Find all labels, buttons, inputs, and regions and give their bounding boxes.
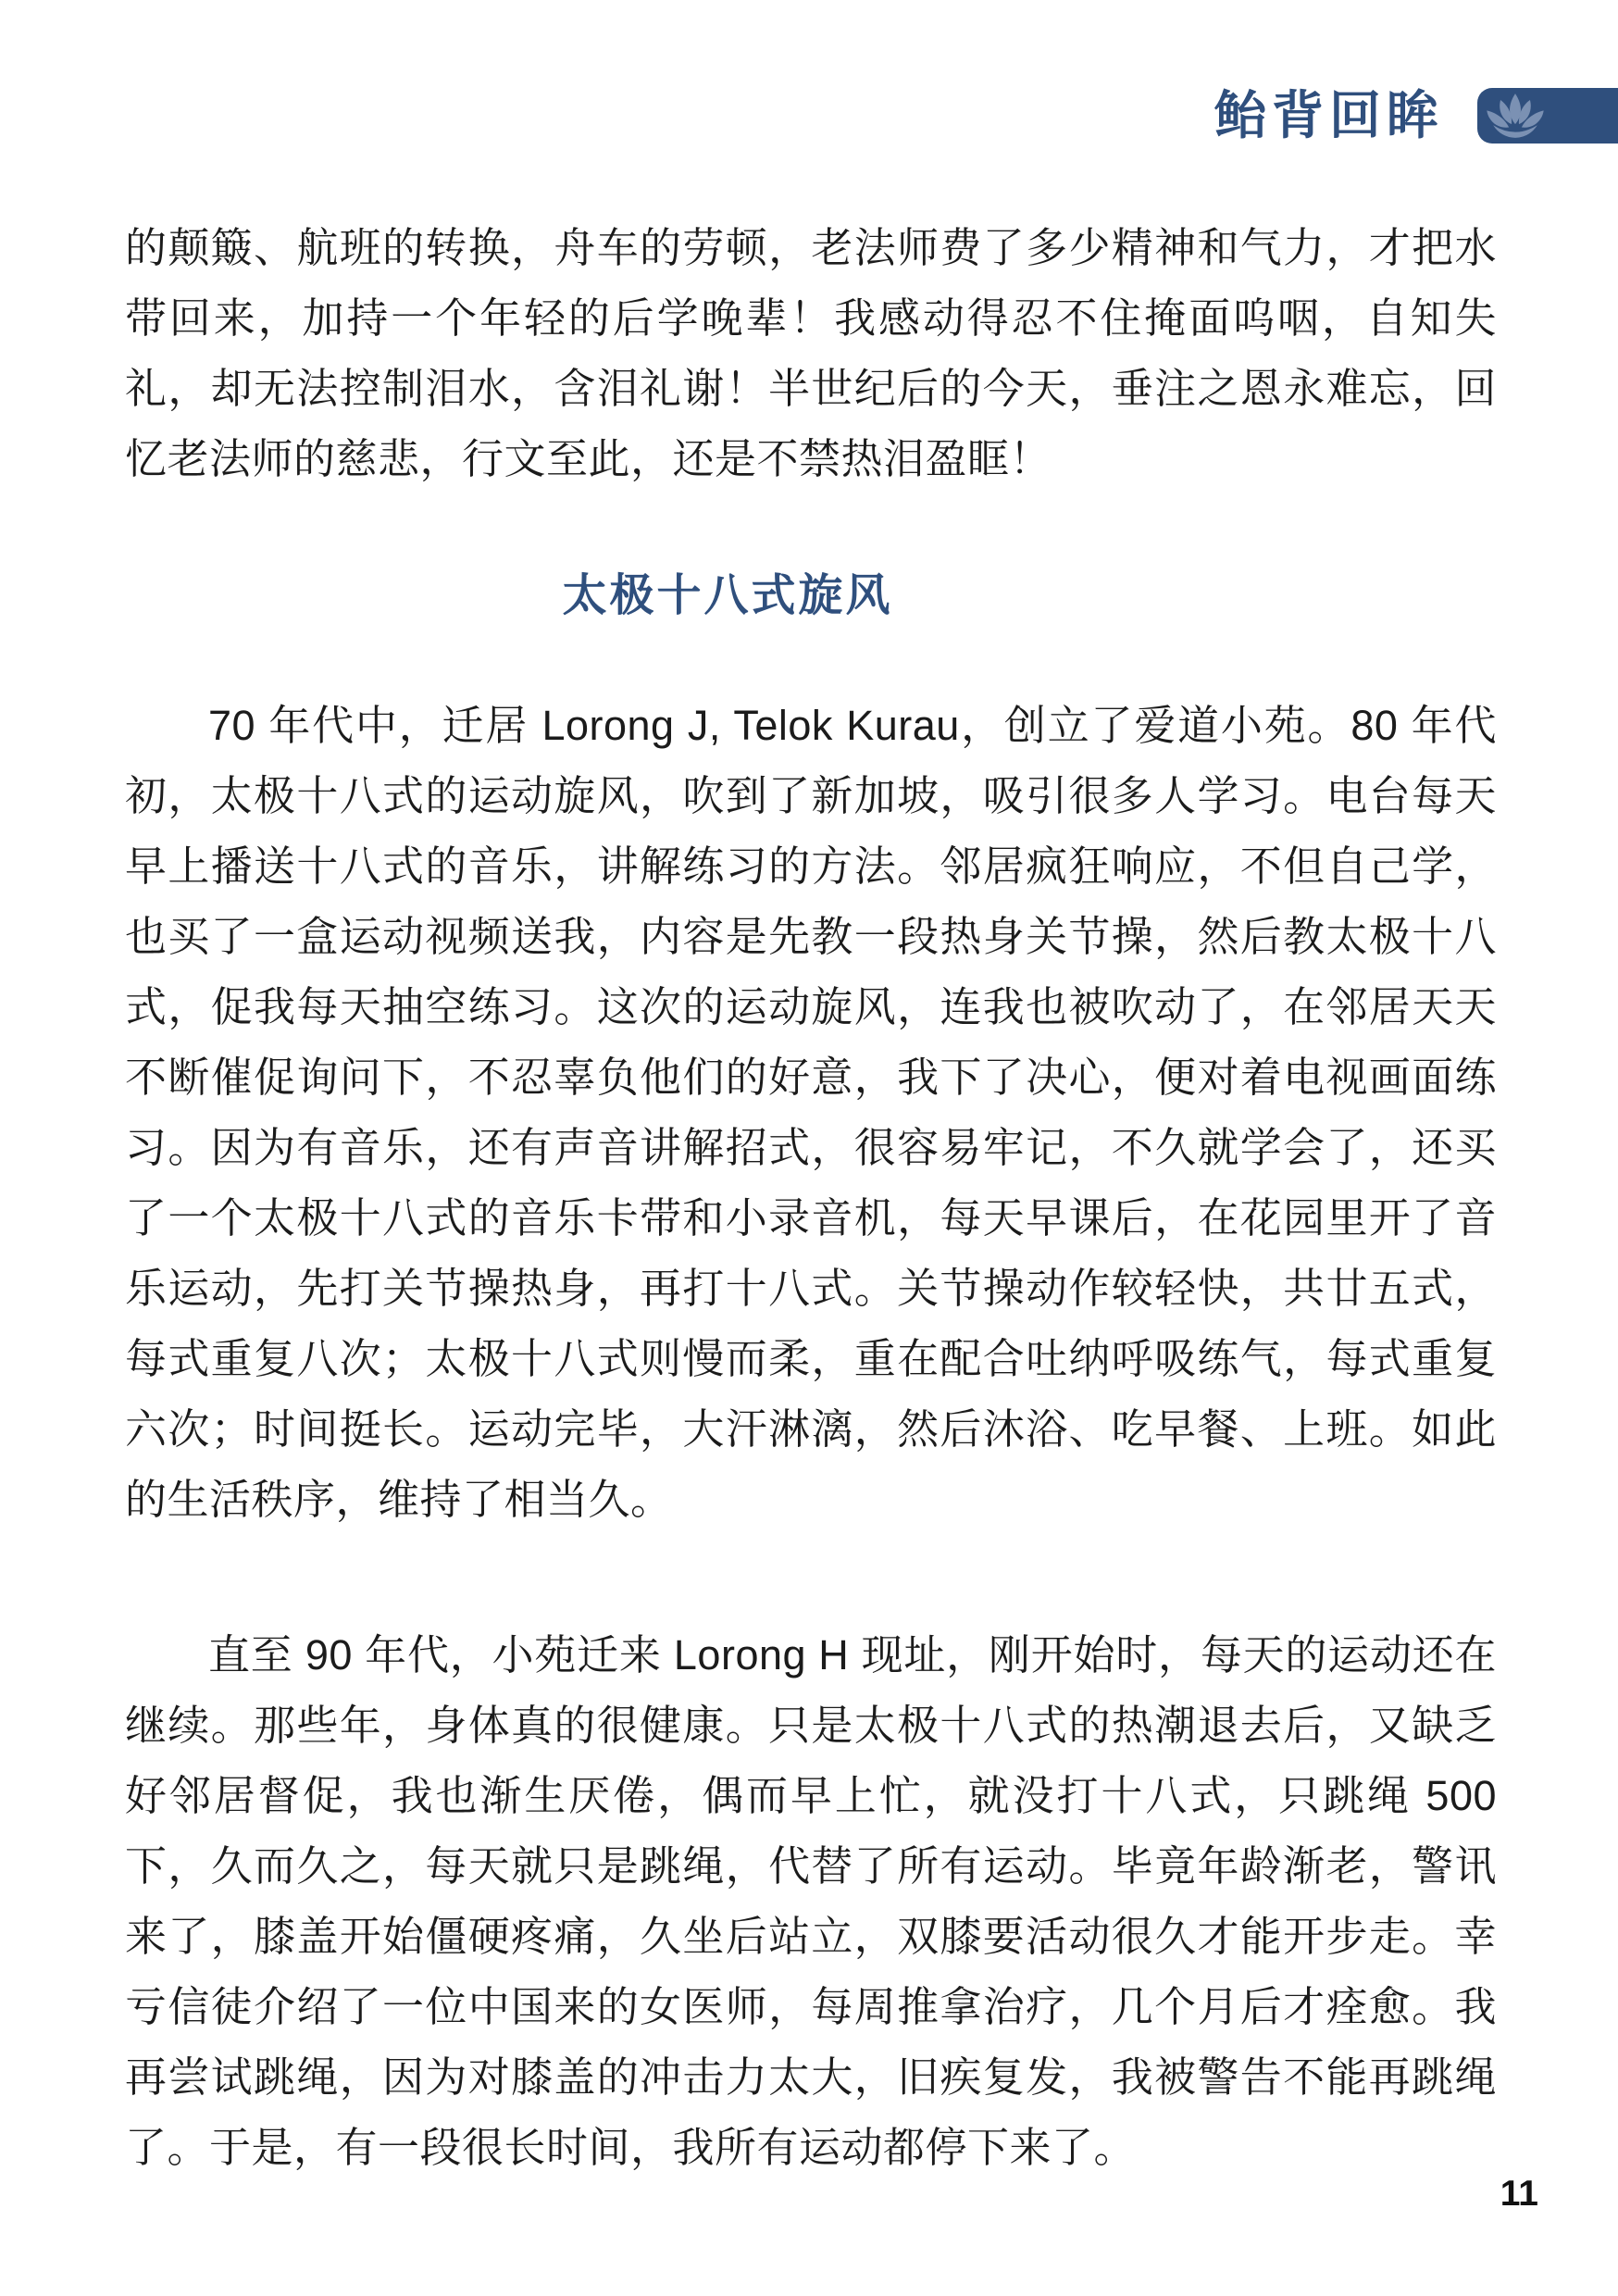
- page-header: 鲐背回眸: [1214, 87, 1618, 144]
- chapter-banner: [1477, 88, 1618, 143]
- book-page: 鲐背回眸 的颠簸、航班的转换，舟车的劳顿，老法师费了多少精神和气力，才把水: [0, 0, 1618, 2296]
- page-content: 的颠簸、航班的转换，舟车的劳顿，老法师费了多少精神和气力，才把水带回来，加持一个…: [125, 213, 1497, 2183]
- page-number: 11: [1500, 2174, 1538, 2215]
- paragraph-continuation: 的颠簸、航班的转换，舟车的劳顿，老法师费了多少精神和气力，才把水带回来，加持一个…: [125, 213, 1497, 494]
- chapter-title: 鲐背回眸: [1214, 87, 1444, 144]
- lotus-icon: [1483, 93, 1548, 139]
- paragraph: 70 年代中，迁居 Lorong J, Telok Kurau，创立了爱道小苑。…: [125, 691, 1497, 1535]
- section-heading: 太极十八式旋风: [42, 568, 1413, 624]
- paragraph: 直至 90 年代，小苑迁来 Lorong H 现址，刚开始时，每天的运动还在继续…: [125, 1620, 1497, 2183]
